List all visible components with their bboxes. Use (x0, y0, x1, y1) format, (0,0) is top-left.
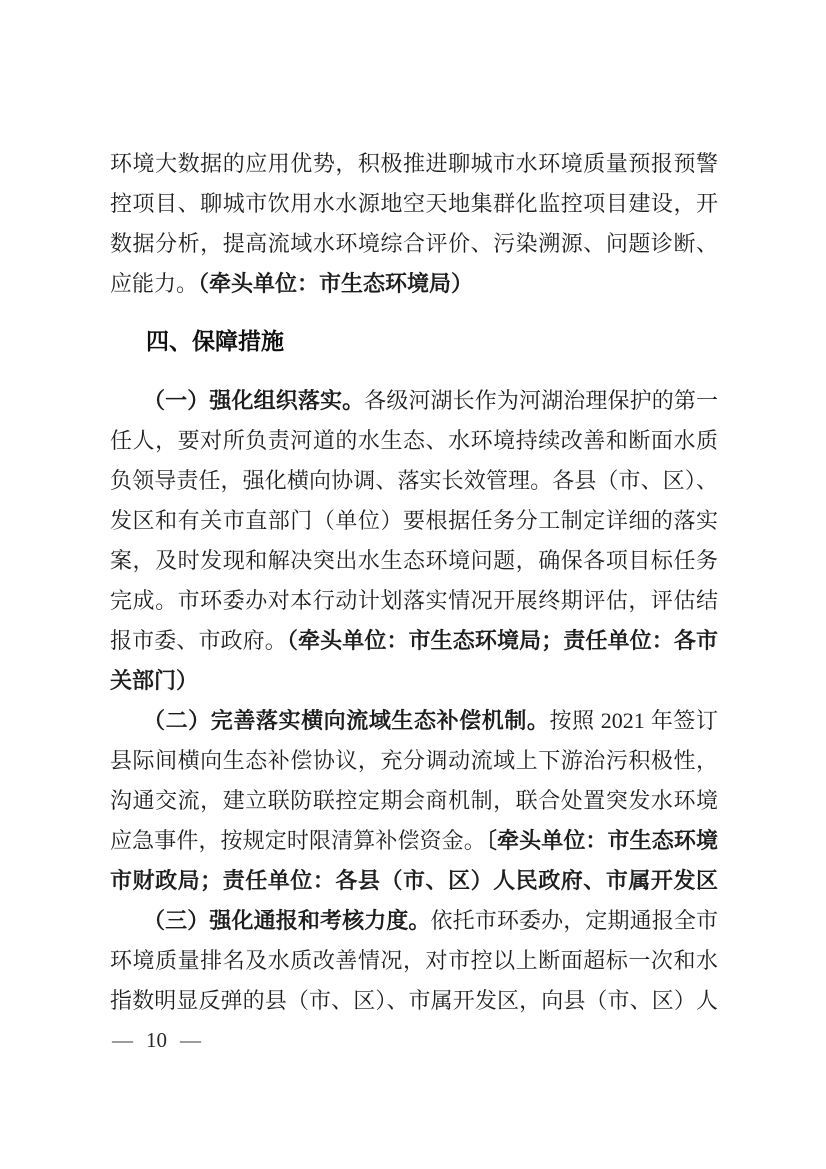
text-line: 环境质量排名及水质改善情况，对市控以上断面超标一次和水质 (110, 941, 718, 981)
body-text: 发区和有关市直部门（单位）要根据任务分工制定详细的落实方 (110, 508, 718, 541)
paragraph: （二）完善落实横向流域生态补偿机制。按照 2021 年签订的县际间横向生态补偿协… (110, 701, 718, 901)
body-text: 环境质量排名及水质改善情况，对市控以上断面超标一次和水质 (110, 948, 718, 981)
text-line: 沟通交流，建立联防联控定期会商机制，联合处置突发水环境污染 (110, 781, 718, 821)
text-line: 数据分析，提高流域水环境综合评价、污染溯源、问题诊断、应急响 (110, 224, 718, 264)
text-line: 案，及时发现和解决突出水生态环境问题，确保各项目标任务顺利 (110, 541, 718, 581)
body-text: 应急事件，按规定时限清算补偿资金。 (110, 828, 486, 853)
page-footer: — 10 — (112, 1028, 201, 1053)
body-text: 应能力。 (110, 271, 198, 296)
text-line: 应能力。（牵头单位：市生态环境局） (110, 264, 718, 304)
text-line: 县际间横向生态补偿协议，充分调动流域上下游治污积极性，加强 (110, 741, 718, 781)
text-line: （三）强化通报和考核力度。依托市环委办，定期通报全市水 (110, 901, 718, 941)
document-page: 环境大数据的应用优势，积极推进聊城市水环境质量预报预警监控项目、聊城市饮用水水源… (0, 0, 826, 1169)
body-text: 报市委、市政府。 (110, 628, 287, 653)
emphasis-text: 市财政局；责任单位：各县（市、区）人民政府、市属开发区管委会〕 (110, 868, 718, 901)
paragraphs: （一）强化组织落实。各级河湖长作为河湖治理保护的第一责任人，要对所负责河道的水生… (110, 381, 718, 1021)
emphasis-text: （一）强化组织落实。 (143, 388, 364, 413)
text-line: （一）强化组织落实。各级河湖长作为河湖治理保护的第一责 (110, 381, 718, 421)
emphasis-text: 关部门） (110, 668, 198, 693)
text-line: 任人，要对所负责河道的水生态、水环境持续改善和断面水质达标 (110, 421, 718, 461)
body-text: 负领导责任，强化横向协调、落实长效管理。各县（市、区）、市属开 (110, 468, 718, 501)
body-text: 案，及时发现和解决突出水生态环境问题，确保各项目标任务顺利 (110, 548, 718, 581)
emphasis-text: （牵头单位：市生态环境局） (198, 271, 473, 296)
body-text: 环境大数据的应用优势，积极推进聊城市水环境质量预报预警监 (110, 151, 718, 184)
body-text: 指数明显反弹的县（市、区）、市属开发区，向县（市、区）人民政府、 (110, 988, 718, 1021)
text-line: 关部门） (110, 661, 718, 701)
text-line: 市财政局；责任单位：各县（市、区）人民政府、市属开发区管委会〕 (110, 861, 718, 901)
body-text: 沟通交流，建立联防联控定期会商机制，联合处置突发水环境污染 (110, 788, 718, 821)
footer-dash-left: — (112, 1028, 133, 1053)
body-text: 数据分析，提高流域水环境综合评价、污染溯源、问题诊断、应急响 (110, 231, 718, 264)
text-block: 环境大数据的应用优势，积极推进聊城市水环境质量预报预警监控项目、聊城市饮用水水源… (110, 144, 718, 1021)
paragraph: （三）强化通报和考核力度。依托市环委办，定期通报全市水环境质量排名及水质改善情况… (110, 901, 718, 1021)
text-line: （二）完善落实横向流域生态补偿机制。按照 2021 年签订的 (110, 701, 718, 741)
text-line: 控项目、聊城市饮用水水源地空天地集群化监控项目建设，开展大 (110, 184, 718, 224)
text-line: 报市委、市政府。（牵头单位：市生态环境局；责任单位：各市直有 (110, 621, 718, 661)
text-line: 负领导责任，强化横向协调、落实长效管理。各县（市、区）、市属开 (110, 461, 718, 501)
emphasis-text: （三）强化通报和考核力度。 (143, 908, 431, 933)
section-heading: 四、保障措施 (110, 321, 718, 361)
body-text: 任人，要对所负责河道的水生态、水环境持续改善和断面水质达标 (110, 428, 718, 461)
page-number: 10 (146, 1028, 167, 1053)
body-text: 完成。市环委办对本行动计划落实情况开展终期评估，评估结果 (110, 588, 718, 621)
body-text: 县际间横向生态补偿协议，充分调动流域上下游治污积极性，加强 (110, 748, 718, 781)
text-line: 应急事件，按规定时限清算补偿资金。〔牵头单位：市生态环境局、 (110, 821, 718, 861)
footer-dash-right: — (180, 1028, 201, 1053)
text-line: 完成。市环委办对本行动计划落实情况开展终期评估，评估结果 (110, 581, 718, 621)
intro-block: 环境大数据的应用优势，积极推进聊城市水环境质量预报预警监控项目、聊城市饮用水水源… (110, 144, 718, 304)
text-line: 指数明显反弹的县（市、区）、市属开发区，向县（市、区）人民政府、 (110, 981, 718, 1021)
body-text: 控项目、聊城市饮用水水源地空天地集群化监控项目建设，开展大 (110, 191, 718, 224)
emphasis-text: （二）完善落实横向流域生态补偿机制。 (143, 708, 549, 733)
paragraph: （一）强化组织落实。各级河湖长作为河湖治理保护的第一责任人，要对所负责河道的水生… (110, 381, 718, 701)
text-line: 环境大数据的应用优势，积极推进聊城市水环境质量预报预警监 (110, 144, 718, 184)
text-line: 发区和有关市直部门（单位）要根据任务分工制定详细的落实方 (110, 501, 718, 541)
